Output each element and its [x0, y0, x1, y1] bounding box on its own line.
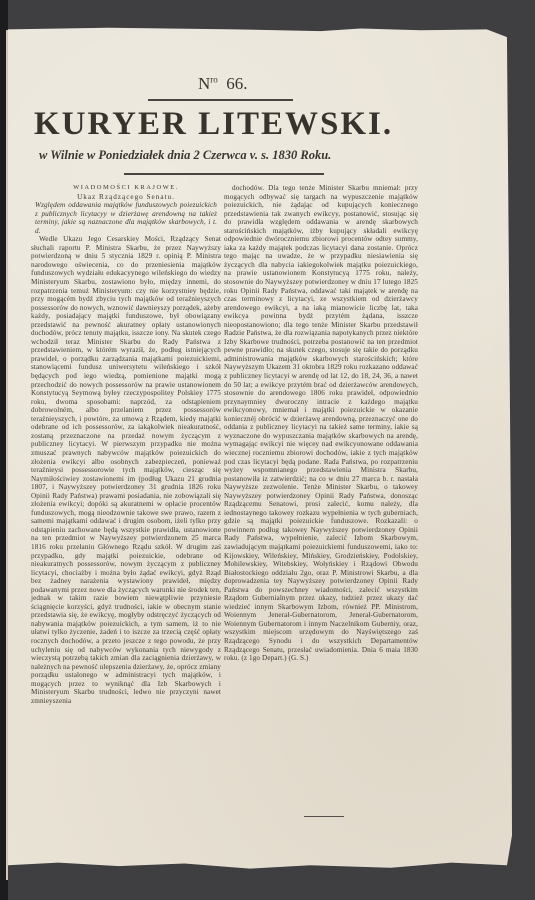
newspaper-title: KURYER LITEWSKI. — [34, 106, 393, 143]
newspaper-page: Nro 66. KURYER LITEWSKI. w Wilnie w Poni… — [8, 26, 512, 878]
article-summary: Względem oddawania majątków funduszowych… — [31, 201, 221, 235]
issue-prefix: N — [198, 74, 210, 93]
issue-value: 66. — [226, 74, 247, 93]
masthead-rule-top — [148, 99, 293, 101]
article-body-left: Wedle Ukazu Jego Cesarskiey Mości, Rządz… — [31, 235, 221, 705]
right-column: dochodów. Dla tego tenże Minister Skarbu… — [224, 184, 418, 663]
article-body-right: dochodów. Dla tego tenże Minister Skarbu… — [224, 184, 418, 663]
article-end-rule — [304, 816, 344, 817]
issue-number: Nro 66. — [198, 74, 248, 94]
scanner-edge — [0, 0, 8, 900]
article-subheading: Ukaz Rządzącego Senatu. — [31, 193, 221, 202]
dateline: w Wilnie w Poniedziałek dnia 2 Czerwca v… — [39, 148, 331, 163]
issue-sup: ro — [210, 74, 218, 84]
section-heading: WIADOMOŚCI KRAJOWE. — [31, 184, 221, 193]
left-column: WIADOMOŚCI KRAJOWE. Ukaz Rządzącego Sena… — [31, 184, 221, 705]
masthead-rule-bottom — [124, 173, 324, 175]
